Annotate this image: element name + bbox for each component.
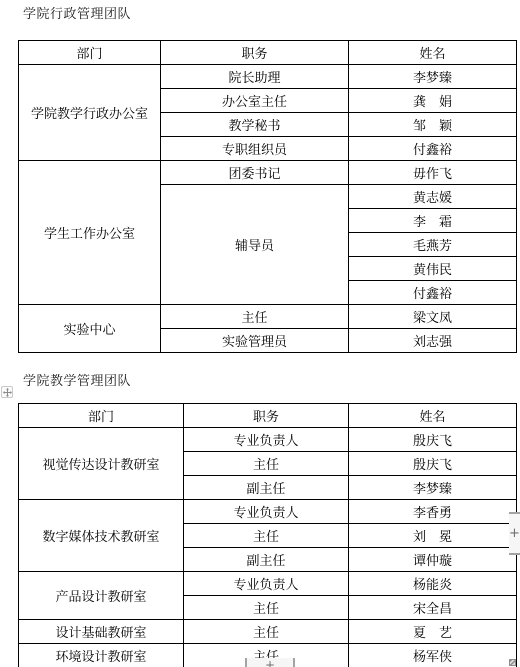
add-row-button[interactable]: + [245,658,295,667]
department-cell[interactable]: 学院教学行政办公室 [19,65,161,161]
department-cell[interactable]: 视觉传达设计教研室 [19,428,184,500]
table-row: 学院教学行政办公室院长助理李梦臻 [19,65,517,89]
name-cell[interactable]: 李梦臻 [349,65,517,89]
section-title-admin-team[interactable]: 学院行政管理团队 [23,8,131,22]
column-header[interactable]: 职务 [184,404,349,428]
department-cell[interactable]: 学生工作办公室 [19,161,161,305]
doc-table: 部门职务姓名学院教学行政办公室院长助理李梦臻办公室主任龚 娟教学秘书邹 颖专职组… [18,40,517,353]
name-cell[interactable]: 宋全昌 [349,596,517,620]
name-cell[interactable]: 殷庆飞 [349,452,517,476]
document-page: { "sections": [ { "title": "学院行政管理团队", "… [0,0,520,667]
position-cell[interactable]: 主任 [184,620,349,644]
name-cell[interactable]: 毋作飞 [349,161,517,185]
name-cell[interactable]: 李香勇 [349,500,517,524]
name-cell[interactable]: 付鑫裕 [349,137,517,161]
move-icon [3,388,12,397]
position-cell[interactable]: 团委书记 [161,161,349,185]
position-cell[interactable]: 专业负责人 [184,500,349,524]
section-title-teaching-team[interactable]: 学院教学管理团队 [23,375,131,389]
name-cell[interactable]: 黄志媛 [349,185,517,209]
department-cell[interactable]: 产品设计教研室 [19,572,184,620]
position-cell[interactable]: 辅导员 [161,185,349,305]
header-row: 部门职务姓名 [19,404,517,428]
name-cell[interactable]: 付鑫裕 [349,281,517,305]
name-cell[interactable]: 刘志强 [349,329,517,353]
column-header[interactable]: 部门 [19,404,184,428]
department-cell[interactable]: 设计基础教研室 [19,620,184,644]
name-cell[interactable]: 邹 颖 [349,113,517,137]
header-row: 部门职务姓名 [19,41,517,65]
position-cell[interactable]: 主任 [161,305,349,329]
doc-table: 部门职务姓名视觉传达设计教研室专业负责人殷庆飞主任殷庆飞副主任李梦臻数字媒体技术… [18,403,517,667]
department-cell[interactable]: 数字媒体技术教研室 [19,500,184,572]
column-header[interactable]: 职务 [161,41,349,65]
table-row: 数字媒体技术教研室专业负责人李香勇 [19,500,517,524]
table-row: 视觉传达设计教研室专业负责人殷庆飞 [19,428,517,452]
position-cell[interactable]: 专业负责人 [184,572,349,596]
position-cell[interactable]: 专职组织员 [161,137,349,161]
position-cell[interactable]: 教学秘书 [161,113,349,137]
position-cell[interactable]: 副主任 [184,548,349,572]
plus-icon: + [265,659,275,667]
position-cell[interactable]: 主任 [184,524,349,548]
name-cell[interactable]: 杨军侠 [349,644,517,667]
position-cell[interactable]: 主任 [184,452,349,476]
position-cell[interactable]: 办公室主任 [161,89,349,113]
admin-team-table[interactable]: 部门职务姓名学院教学行政办公室院长助理李梦臻办公室主任龚 娟教学秘书邹 颖专职组… [18,40,517,353]
name-cell[interactable]: 李 霜 [349,209,517,233]
name-cell[interactable]: 龚 娟 [349,89,517,113]
name-cell[interactable]: 梁文凤 [349,305,517,329]
column-header[interactable]: 姓名 [349,404,517,428]
table-row: 产品设计教研室专业负责人杨能炎 [19,572,517,596]
department-cell[interactable]: 实验中心 [19,305,161,353]
name-cell[interactable]: 毛燕芳 [349,233,517,257]
name-cell[interactable]: 殷庆飞 [349,428,517,452]
department-cell[interactable]: 环境设计教研室 [19,644,184,667]
table-row: 设计基础教研室主任夏 艺 [19,620,517,644]
position-cell[interactable]: 专业负责人 [184,428,349,452]
name-cell[interactable]: 谭仲璇 [349,548,517,572]
position-cell[interactable]: 实验管理员 [161,329,349,353]
column-header[interactable]: 姓名 [349,41,517,65]
position-cell[interactable]: 副主任 [184,476,349,500]
name-cell[interactable]: 李梦臻 [349,476,517,500]
name-cell[interactable]: 夏 艺 [349,620,517,644]
table-row: 学生工作办公室团委书记毋作飞 [19,161,517,185]
name-cell[interactable]: 刘 冕 [349,524,517,548]
name-cell[interactable]: 杨能炎 [349,572,517,596]
table-row: 实验中心主任梁文凤 [19,305,517,329]
column-header[interactable]: 部门 [19,41,161,65]
table-resize-handle[interactable] [509,659,516,666]
teaching-team-table[interactable]: 部门职务姓名视觉传达设计教研室专业负责人殷庆飞主任殷庆飞副主任李梦臻数字媒体技术… [18,403,517,667]
position-cell[interactable]: 院长助理 [161,65,349,89]
plus-icon: + [509,527,520,540]
position-cell[interactable]: 主任 [184,596,349,620]
table-move-handle[interactable] [1,386,13,398]
name-cell[interactable]: 黄伟民 [349,257,517,281]
add-column-button[interactable]: + [509,512,520,555]
